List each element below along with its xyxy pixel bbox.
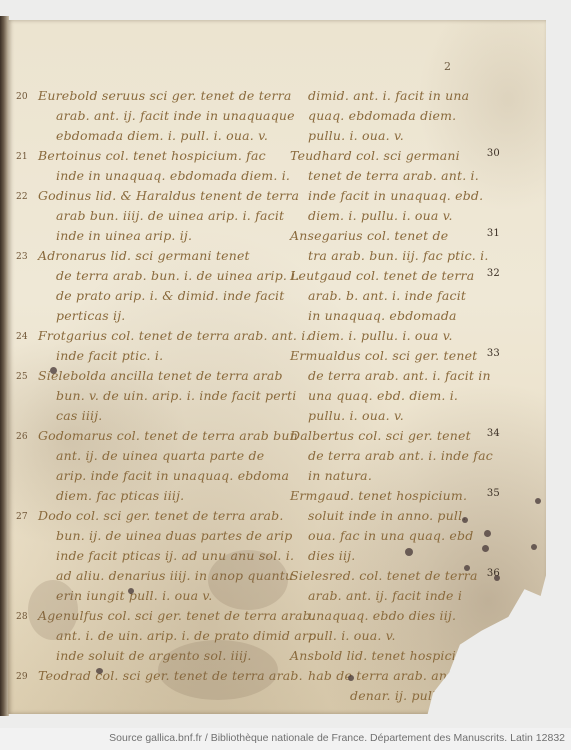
line-text: unaquaq. ebdo dies iij. (308, 608, 456, 623)
entry-number: 26 (16, 427, 28, 447)
entry-number: 29 (16, 667, 28, 687)
line-text: de prato arip. i. & dimid. inde facit (56, 288, 284, 303)
manuscript-line: pull. i. oua. v. (290, 626, 490, 646)
manuscript-line: soluit inde in anno. pull. (290, 506, 490, 526)
line-text: Frotgarius col. tenet de terra arab. ant… (38, 328, 310, 343)
line-text: ebdomada diem. i. pull. i. oua. v. (56, 128, 268, 143)
line-text: arab. ant. ij. facit inde i (308, 588, 462, 603)
manuscript-line: dimid. ant. i. facit in una (290, 86, 490, 106)
line-text: pullu. i. oua. v. (308, 408, 404, 423)
manuscript-line: Godinus lid. & Haraldus tenent de terra2… (38, 186, 288, 206)
line-text: diem. fac pticas iiij. (56, 488, 184, 503)
ink-blot (535, 498, 541, 504)
manuscript-line: de terra arab. bun. i. de uinea arip. i. (38, 266, 288, 286)
line-text: Godinus lid. & Haraldus tenent de terra (38, 188, 299, 203)
folio-number: 2 (444, 60, 451, 73)
manuscript-line: oua. fac in una quaq. ebd (290, 526, 490, 546)
manuscript-line: Ermgaud. tenet hospicium.35 (290, 486, 490, 506)
manuscript-line: pullu. i. oua. v. (290, 126, 490, 146)
manuscript-line: Godomarus col. tenet de terra arab bun26 (38, 426, 288, 446)
manuscript-line: Leutgaud col. tenet de terra32 (290, 266, 490, 286)
manuscript-line: arab. ant. ij. facit inde in unaquaque (38, 106, 288, 126)
entry-number: 35 (487, 484, 500, 504)
line-text: dimid. ant. i. facit in una (308, 88, 469, 103)
manuscript-line: in natura. (290, 466, 490, 486)
manuscript-line: de terra arab ant. i. inde fac (290, 446, 490, 466)
ink-blot (348, 675, 354, 681)
entry-number: 36 (487, 564, 500, 584)
entry-number: 33 (487, 344, 500, 364)
entry-number: 24 (16, 327, 28, 347)
line-text: de terra arab. bun. i. de uinea arip. i. (56, 268, 300, 283)
book-binding-edge (0, 16, 9, 716)
ink-blot (50, 367, 57, 374)
line-text: pullu. i. oua. v. (308, 128, 404, 143)
manuscript-line: Adronarus lid. sci germani tenet23 (38, 246, 288, 266)
ink-blot (484, 530, 491, 537)
manuscript-line: ebdomada diem. i. pull. i. oua. v. (38, 126, 288, 146)
line-text: ant. i. de uin. arip. i. de prato dimid … (56, 628, 321, 643)
entry-number: 22 (16, 187, 28, 207)
line-text: inde in unaquaq. ebdomada diem. i. (56, 168, 290, 183)
manuscript-line: bun. v. de uin. arip. i. inde facit pert… (38, 386, 288, 406)
entry-number: 32 (487, 264, 500, 284)
entry-number: 25 (16, 367, 28, 387)
line-text: inde in uinea arip. ij. (56, 228, 192, 243)
line-text: Agenulfus col. sci ger. tenet de terra a… (38, 608, 315, 623)
manuscript-line: Ansegarius col. tenet de31 (290, 226, 490, 246)
manuscript-line: in unaquaq. ebdomada (290, 306, 490, 326)
manuscript-line: inde in unaquaq. ebdomada diem. i. (38, 166, 288, 186)
line-text: Dodo col. sci ger. tenet de terra arab. (38, 508, 284, 523)
manuscript-line: arab. ant. ij. facit inde i (290, 586, 490, 606)
water-stain (158, 640, 278, 700)
manuscript-line: Bertoinus col. tenet hospicium. fac21 (38, 146, 288, 166)
water-stain (208, 550, 288, 610)
manuscript-line: unaquaq. ebdo dies iij. (290, 606, 490, 626)
manuscript-line: Dodo col. sci ger. tenet de terra arab.2… (38, 506, 288, 526)
manuscript-line: dies iij. (290, 546, 490, 566)
manuscript-line: Frotgarius col. tenet de terra arab. ant… (38, 326, 288, 346)
manuscript-line: inde facit ptic. i. (38, 346, 288, 366)
entry-number: 28 (16, 607, 28, 627)
line-text: Godomarus col. tenet de terra arab bun (38, 428, 298, 443)
line-text: inde facit ptic. i. (56, 348, 163, 363)
line-text: in natura. (308, 468, 372, 483)
line-text: bun. v. de uin. arip. i. inde facit pert… (56, 388, 296, 403)
manuscript-line: diem. fac pticas iiij. (38, 486, 288, 506)
line-text: arab bun. iiij. de uinea arip. i. facit (56, 208, 284, 223)
water-stain (28, 580, 78, 640)
line-text: dies iij. (308, 548, 355, 563)
line-text: Bertoinus col. tenet hospicium. fac (38, 148, 266, 163)
manuscript-line: diem. i. pullu. i. oua v. (290, 206, 490, 226)
line-text: oua. fac in una quaq. ebd (308, 528, 473, 543)
line-text: de terra arab. ant. i. facit in (308, 368, 491, 383)
line-text: Sielesred. col. tenet de terra (290, 568, 478, 583)
manuscript-line: una quaq. ebd. diem. i. (290, 386, 490, 406)
manuscript-line: Ermualdus col. sci ger. tenet33 (290, 346, 490, 366)
line-text: ant. ij. de uinea quarta parte de (56, 448, 264, 463)
manuscript-line: inde facit in unaquaq. ebd. (290, 186, 490, 206)
manuscript-line: ant. ij. de uinea quarta parte de (38, 446, 288, 466)
manuscript-line: de terra arab. ant. i. facit in (290, 366, 490, 386)
line-text: Teudhard col. sci germani (290, 148, 460, 163)
manuscript-line: arip. inde facit in unaquaq. ebdoma (38, 466, 288, 486)
ink-blot (482, 545, 489, 552)
manuscript-line: pullu. i. oua. v. (290, 406, 490, 426)
line-text: arab. b. ant. i. inde facit (308, 288, 466, 303)
line-text: pull. i. oua. v. (308, 628, 396, 643)
manuscript-line: Dalbertus col. sci ger. tenet34 (290, 426, 490, 446)
manuscript-line: Sieleboldа ancilla tenet de terra arab25 (38, 366, 288, 386)
line-text: arab. ant. ij. facit inde in unaquaque (56, 108, 295, 123)
manuscript-line: diem. i. pullu. i. oua v. (290, 326, 490, 346)
line-text: Dalbertus col. sci ger. tenet (290, 428, 471, 443)
ink-blot (462, 517, 468, 523)
ink-blot (464, 565, 470, 571)
line-text: diem. i. pullu. i. oua v. (308, 208, 453, 223)
manuscript-line: de prato arip. i. & dimid. inde facit (38, 286, 288, 306)
line-text: Ansbold lid. tenet hospicium (290, 648, 476, 663)
ink-blot (128, 588, 134, 594)
manuscript-page[interactable]: 2 Eurebold seruus sci ger. tenet de terr… (8, 20, 546, 714)
ink-blot (531, 544, 537, 550)
manuscript-line: cas iiij. (38, 406, 288, 426)
entry-number: 23 (16, 247, 28, 267)
manuscript-line: tra arab. bun. iij. fac ptic. i. (290, 246, 490, 266)
manuscript-line: Teudhard col. sci germani30 (290, 146, 490, 166)
line-text: inde facit in unaquaq. ebd. (308, 188, 483, 203)
entry-number: 27 (16, 507, 28, 527)
line-text: tenet de terra arab. ant. i. (308, 168, 479, 183)
manuscript-line: inde in uinea arip. ij. (38, 226, 288, 246)
source-caption: Source gallica.bnf.fr / Bibliothèque nat… (109, 732, 565, 744)
manuscript-line: perticas ij. (38, 306, 288, 326)
line-text: quaq. ebdomada diem. (308, 108, 456, 123)
line-text: in unaquaq. ebdomada (308, 308, 457, 323)
line-text: bun. ij. de uinea duas partes de arip (56, 528, 293, 543)
line-text: perticas ij. (56, 308, 125, 323)
ink-blot (494, 575, 500, 581)
right-text-column: dimid. ant. i. facit in unaquaq. ebdomad… (290, 86, 490, 706)
entry-number: 34 (487, 424, 500, 444)
line-text: diem. i. pullu. i. oua v. (308, 328, 453, 343)
line-text: Sieleboldа ancilla tenet de terra arab (38, 368, 283, 383)
line-text: soluit inde in anno. pull. (308, 508, 466, 523)
ink-blot (405, 548, 413, 556)
line-text: tra arab. bun. iij. fac ptic. i. (308, 248, 489, 263)
manuscript-line: tenet de terra arab. ant. i. (290, 166, 490, 186)
manuscript-line: quaq. ebdomada diem. (290, 106, 490, 126)
line-text: Adronarus lid. sci germani tenet (38, 248, 250, 263)
line-text: Ermualdus col. sci ger. tenet (290, 348, 477, 363)
manuscript-line: ant. i. de uin. arip. i. de prato dimid … (38, 626, 288, 646)
line-text: Ermgaud. tenet hospicium. (290, 488, 467, 503)
line-text: cas iiij. (56, 408, 102, 423)
entry-number: 31 (487, 224, 500, 244)
manuscript-line: Sielesred. col. tenet de terra36 (290, 566, 490, 586)
ink-blot (96, 668, 103, 674)
line-text: Eurebold seruus sci ger. tenet de terra (38, 88, 292, 103)
manuscript-line: arab. b. ant. i. inde facit (290, 286, 490, 306)
manuscript-line: Eurebold seruus sci ger. tenet de terra2… (38, 86, 288, 106)
line-text: Ansegarius col. tenet de (290, 228, 448, 243)
manuscript-line: arab bun. iiij. de uinea arip. i. facit (38, 206, 288, 226)
line-text: arip. inde facit in unaquaq. ebdoma (56, 468, 289, 483)
line-text: una quaq. ebd. diem. i. (308, 388, 458, 403)
entry-number: 21 (16, 147, 28, 167)
line-text: Leutgaud col. tenet de terra (290, 268, 474, 283)
entry-number: 30 (487, 144, 500, 164)
entry-number: 20 (16, 87, 28, 107)
line-text: erin iungit pull. i. oua v. (56, 588, 212, 603)
manuscript-line: bun. ij. de uinea duas partes de arip (38, 526, 288, 546)
line-text: de terra arab ant. i. inde fac (308, 448, 493, 463)
